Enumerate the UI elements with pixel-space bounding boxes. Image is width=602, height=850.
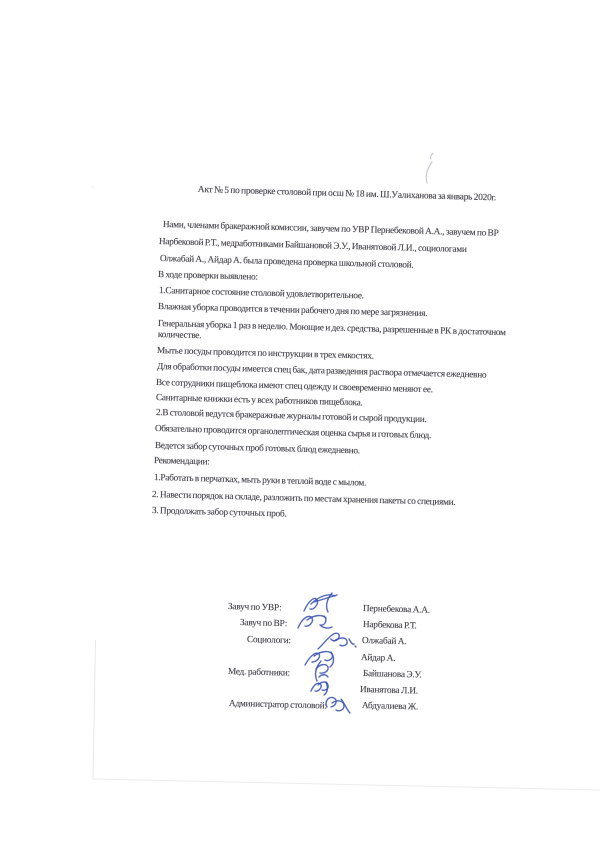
signature-name: Олжабай А. <box>362 636 407 647</box>
document-line: Нами, членами бракеражной комиссии, заву… <box>163 220 499 239</box>
scan-artifacts <box>0 0 602 850</box>
paper-edge-bottom <box>93 779 600 790</box>
document-line: Рекомендации: <box>154 456 210 467</box>
document-line: Генеральная уборка 1 раз в неделю. Моющи… <box>158 319 506 338</box>
signature-role-label: Администратор столовой: <box>229 699 327 712</box>
document-line: Ведется забор суточных проб готовых блюд… <box>155 441 360 456</box>
document-line: 3. Продолжать забор суточных проб. <box>152 506 287 520</box>
document-line: Санитарные книжки есть у всех работников… <box>156 393 363 408</box>
document-line: Для обработки посуды имеется спец бак, д… <box>157 362 487 381</box>
paper-edge-left <box>93 640 96 779</box>
document-line: Все сотрудники пищеблока имеют спец одеж… <box>156 378 433 395</box>
document-line: Влажная уборка проводится в течении рабо… <box>158 302 428 319</box>
signature-name: Айдар А. <box>361 653 396 664</box>
pencil-mark <box>426 153 433 183</box>
signature-role-label: Мед. работники: <box>228 667 290 679</box>
document-line: 2. Навести порядок на складе, разложить … <box>152 490 456 508</box>
signature-name: Байшанова Э.У. <box>363 669 422 681</box>
signature-role-label: Завуч по ВР: <box>240 618 288 629</box>
handwritten-signature <box>318 694 351 717</box>
dust-speck <box>92 186 94 188</box>
document-line: 1.Работать в перчатках, мыть руки в тепл… <box>154 473 367 489</box>
document-line: 1.Санитарное состояние столовой удовлетв… <box>159 286 364 301</box>
scanned-document-page: Акт № 5 по проверке столовой при осш № 1… <box>0 0 602 850</box>
document-line: Мытье посуды проводится по инструкции в … <box>157 346 374 362</box>
signature-name: Абдуалиева Ж. <box>362 701 418 712</box>
document-line: Нарбековой Р.Т., медработниками Байшанов… <box>159 237 467 255</box>
signature-name: Нарбекова Р.Т. <box>363 620 417 631</box>
document-line: Обязательно проводится органолептическая… <box>155 424 432 441</box>
signature-name: Иванятова Л.И. <box>360 685 418 697</box>
signature-name: Пернебекова А.А. <box>363 604 430 616</box>
document-line: В ходе проверки выявлено: <box>158 270 258 283</box>
document-line: количестве. <box>158 330 202 341</box>
dust-speck <box>351 469 352 470</box>
signature-role-label: Завуч по УВР: <box>228 602 282 613</box>
document-title: Акт № 5 по проверке столовой при осш № 1… <box>198 185 497 203</box>
signature-role-label: Социологи: <box>247 635 291 646</box>
document-line: 2.В столовой ведутся бракеражные журналы… <box>156 408 427 425</box>
document-line: Олжабай А., Айдар А. была проведена пров… <box>160 254 414 271</box>
